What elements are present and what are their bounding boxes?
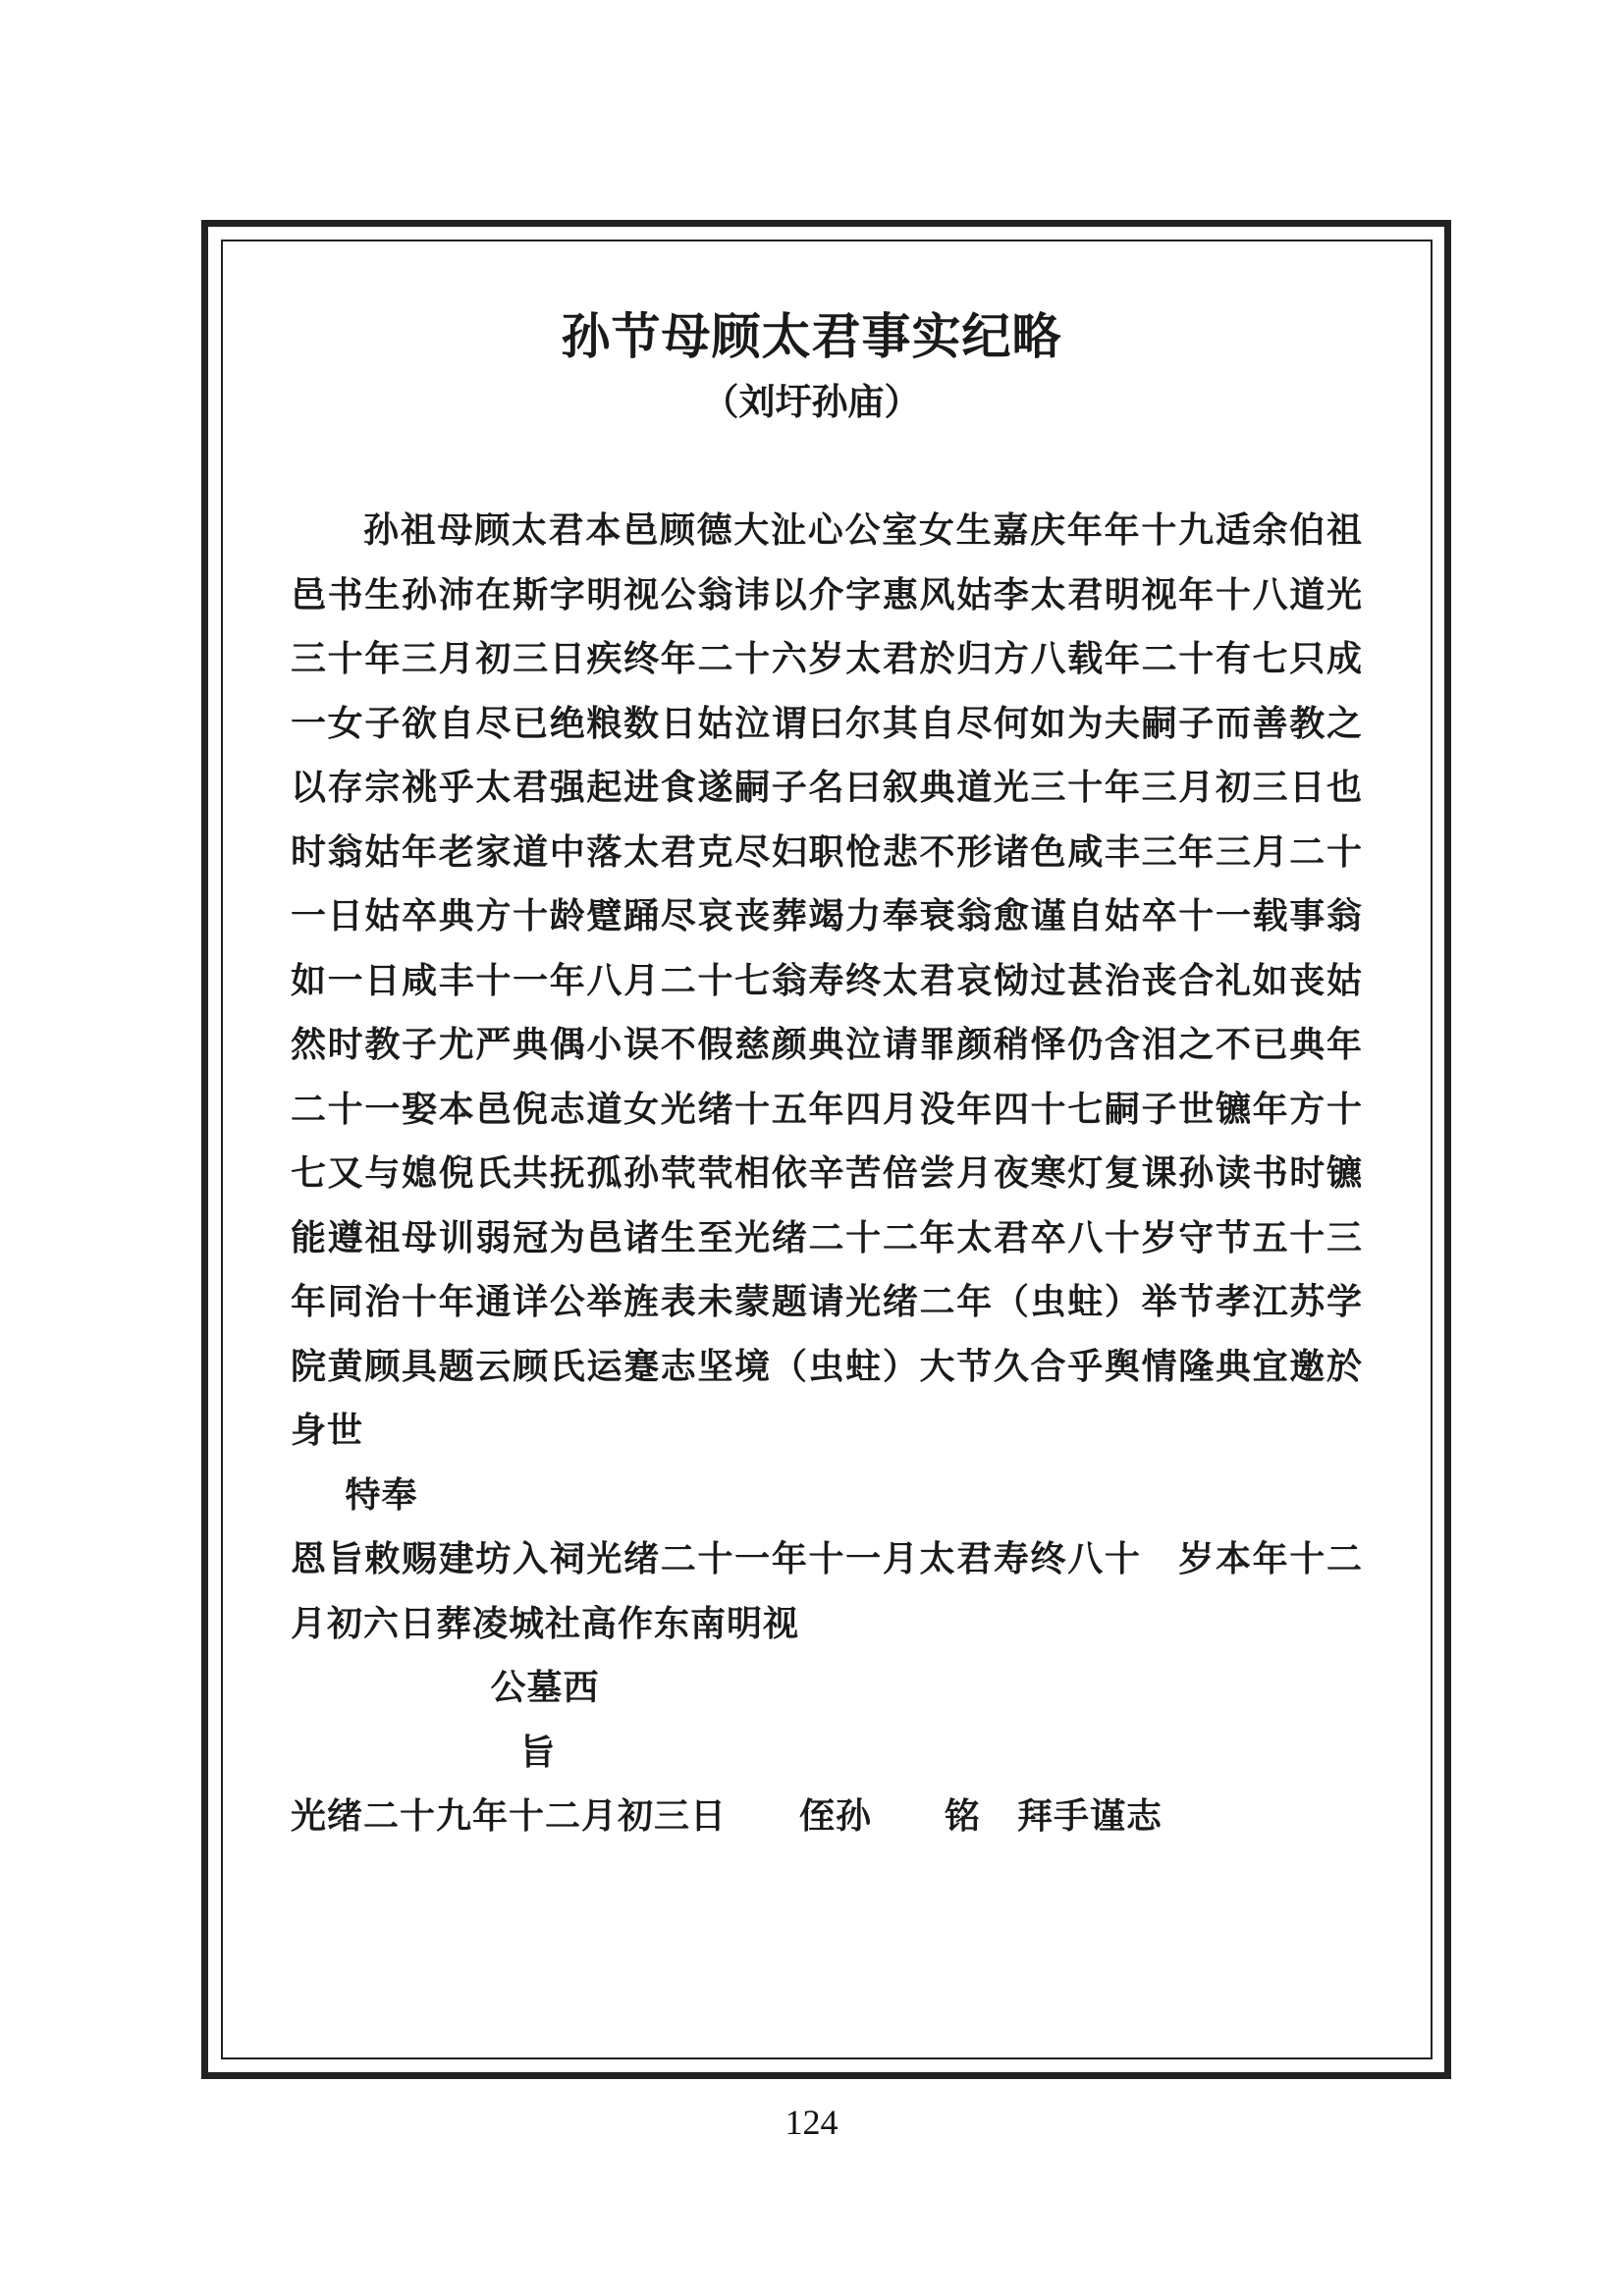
body-line: 旨 <box>291 1721 1363 1786</box>
body-line: 身世 <box>291 1399 1363 1464</box>
body-line: 七又与媳倪氏共抚孤孙茕茕相依辛苦倍尝月夜寒灯复课孙读书时镳 <box>291 1142 1363 1206</box>
body-line: 以存宗祧乎太君强起进食遂嗣子名曰叙典道光三十年三月初三日也 <box>291 756 1363 821</box>
body-line: 月初六日葬凌城社高作东南明视 <box>291 1592 1363 1657</box>
body-line: 恩旨敕赐建坊入祠光绪二十一年十一月太君寿终八十 岁本年十二 <box>291 1527 1363 1592</box>
signature-line: 光绪二十九年十二月初三日 侄孙 铭 拜手谨志 <box>291 1785 1363 1849</box>
page-number: 124 <box>0 2101 1623 2144</box>
body-line: 公墓西 <box>291 1656 1363 1721</box>
body-line: 如一日咸丰十一年八月二十七翁寿终太君哀恸过甚治丧合礼如丧姑 <box>291 949 1363 1014</box>
body-line: 年同治十年通详公举旌表未蒙题请光绪二年（虫蛀）举节孝江苏学 <box>291 1270 1363 1335</box>
body-line: 一女子欲自尽已绝粮数日姑泣谓曰尔其自尽何如为夫嗣子而善教之 <box>291 692 1363 757</box>
body-line: 院黄顾具题云顾氏运蹇志坚境（虫蛀）大节久合乎舆情隆典宜邀於 <box>291 1335 1363 1400</box>
body-line: 特奉 <box>291 1464 1363 1528</box>
body-line: 一日姑卒典方十龄躄踊尽哀丧葬竭力奉衰翁愈谨自姑卒十一载事翁 <box>291 884 1363 949</box>
body-line: 二十一娶本邑倪志道女光绪十五年四月没年四十七嗣子世镳年方十 <box>291 1078 1363 1143</box>
body-line: 然时教子尤严典偶小误不假慈颜典泣请罪颜稍怿仍含泪之不已典年 <box>291 1013 1363 1078</box>
document-subtitle: （刘圩孙庙） <box>0 375 1623 430</box>
body-line: 时翁姑年老家道中落太君克尽妇职怆悲不形诸色咸丰三年三月二十 <box>291 821 1363 885</box>
document-title: 孙节母顾太君事实纪略 <box>0 302 1623 371</box>
body-line: 孙祖母顾太君本邑顾德大沚心公室女生嘉庆年年十九适余伯祖 <box>291 499 1363 563</box>
body-line: 能遵祖母训弱冠为邑诸生至光绪二十二年太君卒八十岁守节五十三 <box>291 1206 1363 1271</box>
document-body: 孙祖母顾太君本邑顾德大沚心公室女生嘉庆年年十九适余伯祖 邑书生孙沛在斯字明视公翁… <box>291 499 1363 1849</box>
body-line: 三十年三月初三日疾终年二十六岁太君於归方八载年二十有七只成 <box>291 627 1363 692</box>
body-line: 邑书生孙沛在斯字明视公翁讳以介字惠风姑李太君明视年十八道光 <box>291 563 1363 628</box>
